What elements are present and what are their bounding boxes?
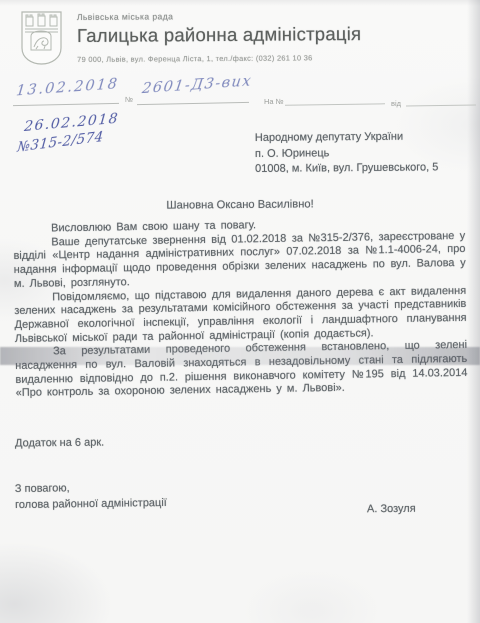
parent-org-name: Львівська міська рада (77, 10, 361, 22)
org-address: 79 000, Львів, вул. Ференца Ліста, 1, те… (77, 53, 361, 64)
number-underline (137, 102, 249, 105)
scanned-letter-page: Львівська міська рада Галицька районна а… (0, 0, 480, 623)
paragraph-inspection-result: За результатами проведеного обстеження в… (15, 339, 468, 401)
signer-title: голова районної адміністрації (15, 495, 167, 513)
signer-name: А. Зозуля (367, 503, 416, 516)
reply-to-number-underline (285, 103, 385, 105)
reply-to-date-underline (406, 105, 476, 107)
reply-to-date-label: від (391, 99, 401, 108)
recipient-address: 01008, м. Київ, вул. Грушевського, 5 (255, 160, 470, 177)
attachment-note: Додаток на 6 арк. (15, 437, 104, 450)
scan-edge-shadow-top (0, 0, 480, 6)
closing-block: З повагою, голова районної адміністрації (15, 480, 167, 513)
date-underline (13, 103, 119, 106)
lviv-coat-of-arms-icon (18, 9, 65, 73)
paragraph-appeal-registered: Ваше депутатське звернення від 01.02.201… (13, 230, 466, 292)
number-sign-label: № (125, 95, 133, 104)
scan-edge-shadow-right (467, 0, 480, 623)
org-name: Галицька районна адміністрація (77, 23, 361, 47)
handwritten-outgoing-date: 13.02.2018 (15, 76, 119, 99)
recipient-name: п. О. Юринець (255, 145, 470, 162)
reply-to-number-label: На № (264, 97, 284, 106)
paragraph-removal-basis: Повідомляємо, що підставою для видалення… (14, 284, 467, 346)
letterhead: Львівська міська рада Галицька районна а… (77, 10, 362, 64)
recipient-title: Народному депутату України (255, 129, 470, 146)
letter-body: Висловлюю Вам свою шану та повагу. Ваше … (13, 216, 468, 401)
recipient-block: Народному депутату України п. О. Юринець… (255, 129, 470, 178)
handwritten-outgoing-number: 2601-Д3-вих (141, 73, 253, 97)
salutation: Шановна Оксано Василівно! (0, 197, 480, 213)
